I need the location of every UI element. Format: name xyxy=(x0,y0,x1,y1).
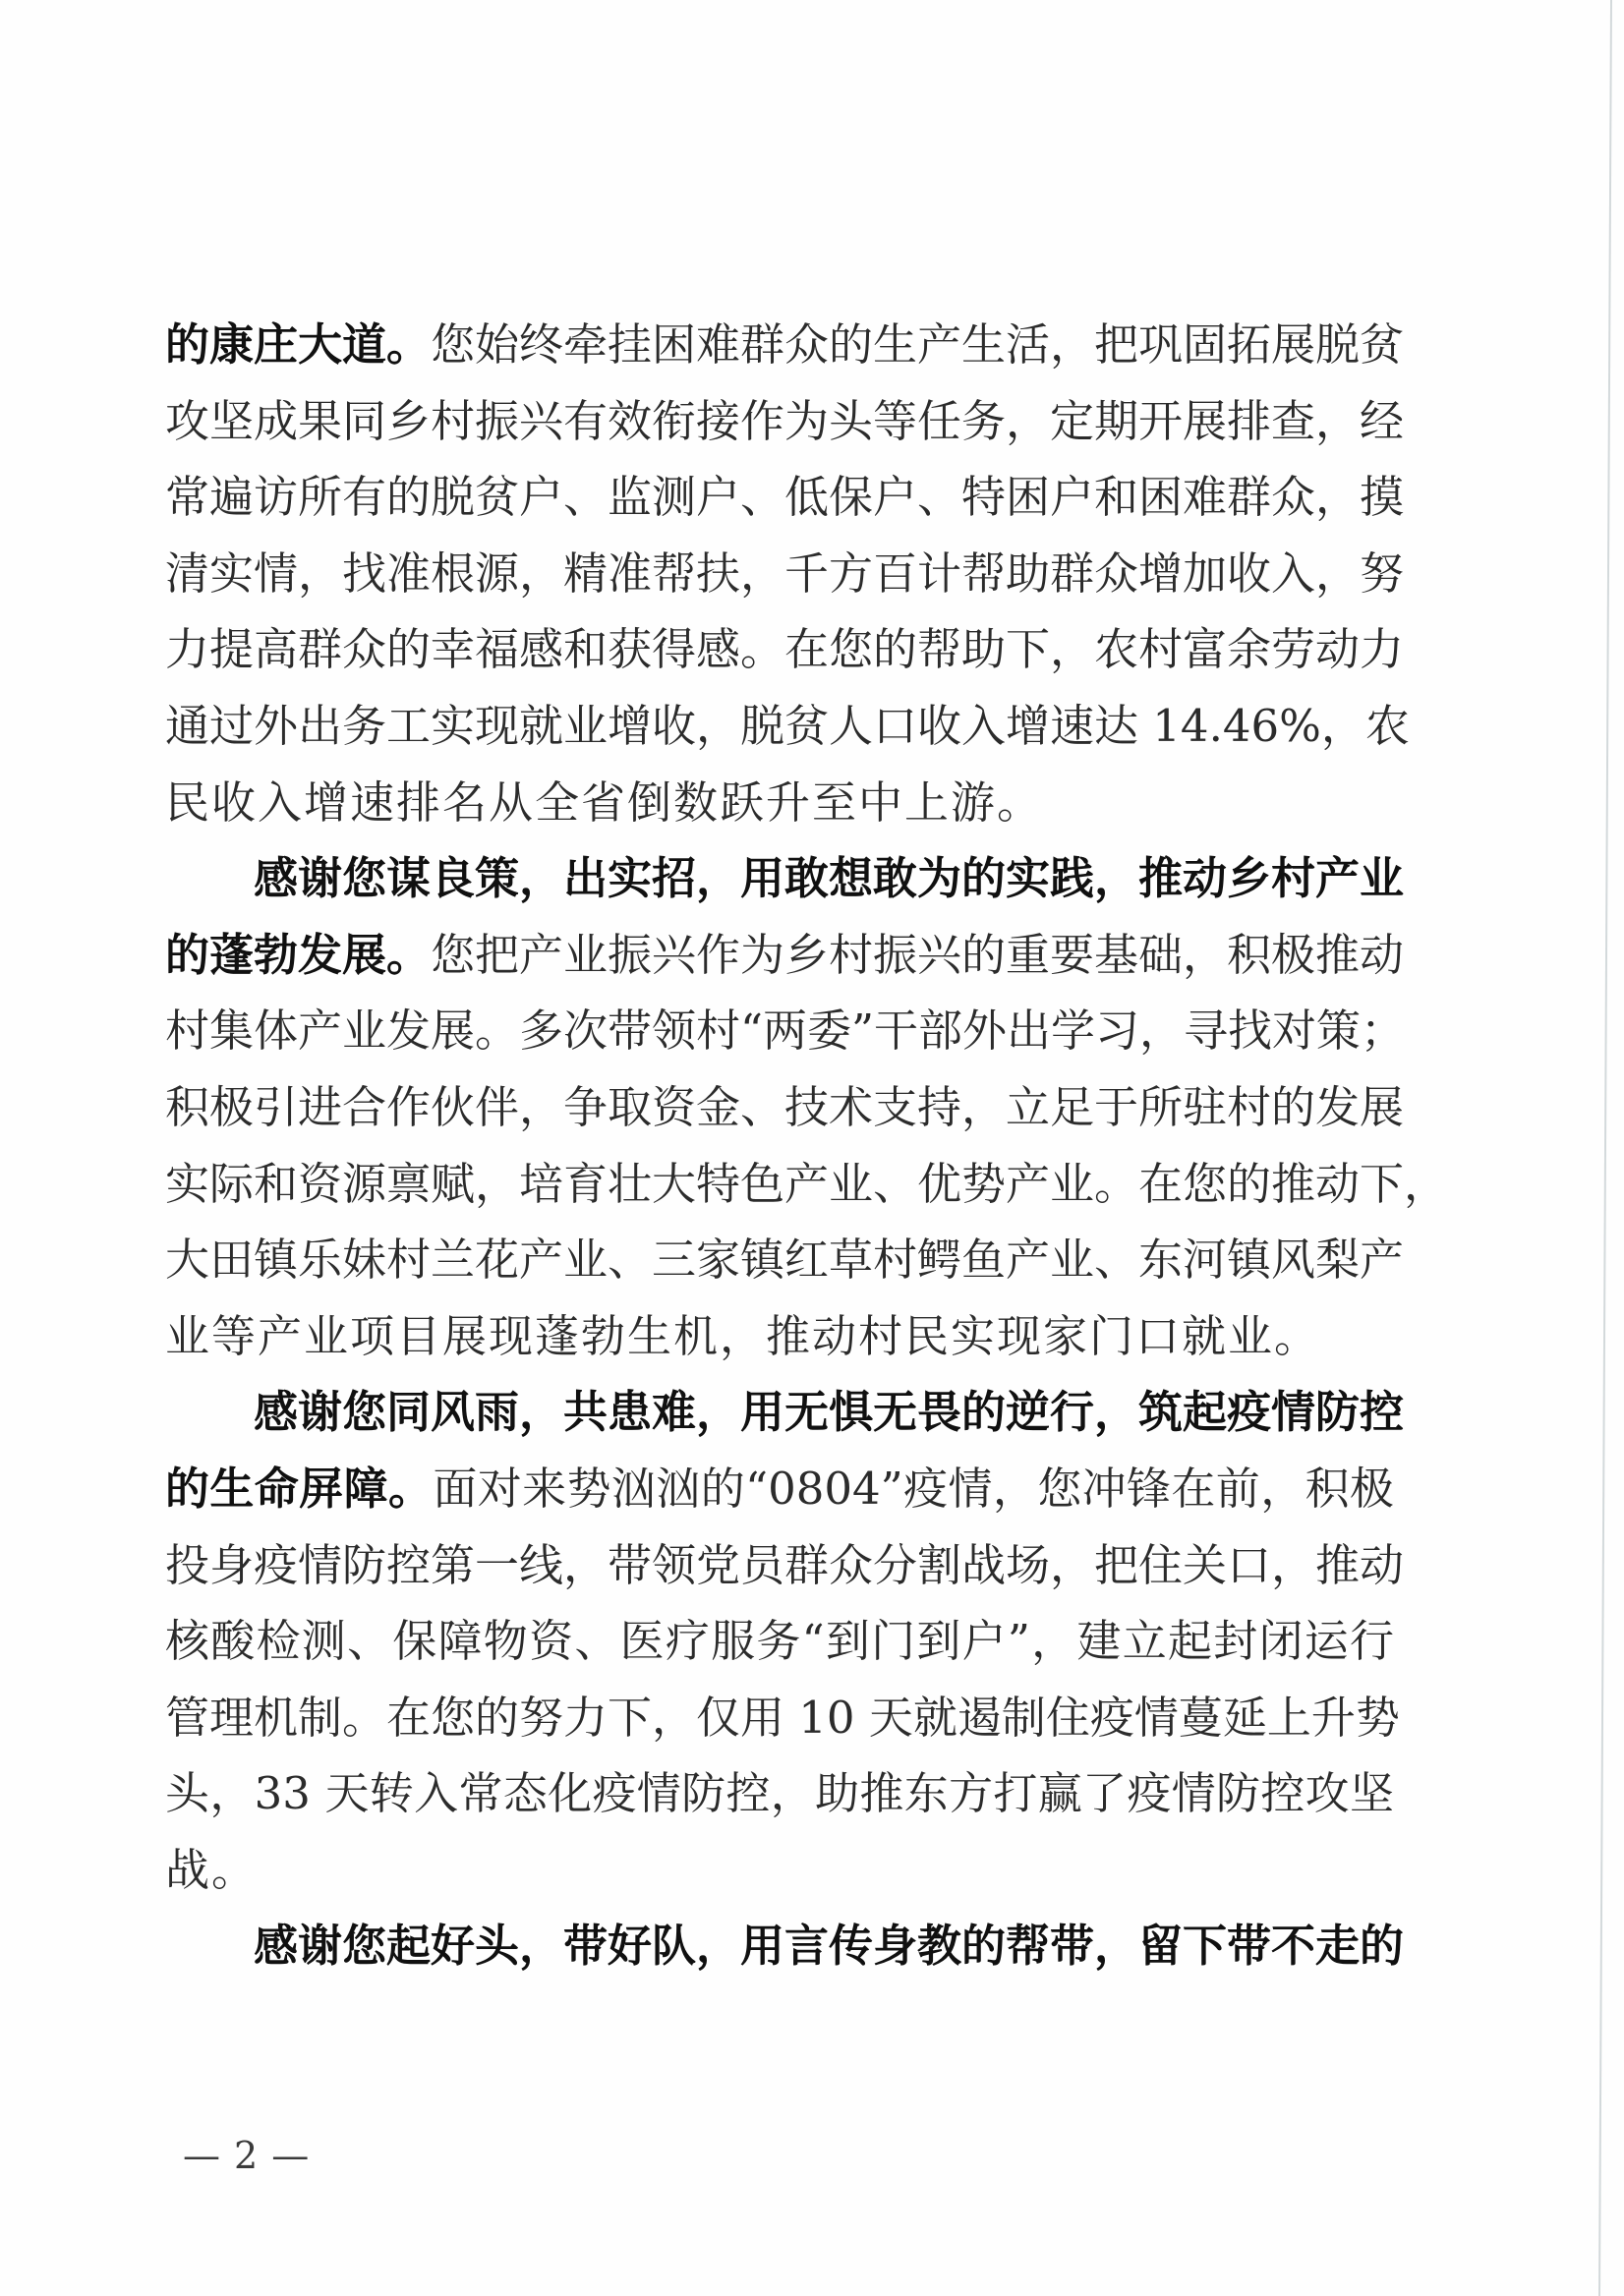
bold-lead-text: 感谢您同风雨，共患难，用无惧无畏的逆行，筑起疫情防控 xyxy=(254,1386,1404,1438)
body-text: 积极引进合作伙伴，争取资金、技术支持，立足于所驻村的发展 xyxy=(165,1081,1404,1133)
text-line: 的蓬勃发展。您把产业振兴作为乡村振兴的重要基础，积极推动 xyxy=(165,917,1394,994)
text-line: 攻坚成果同乡村振兴有效衔接作为头等任务，定期开展排查，经 xyxy=(165,383,1394,460)
text-line: 核酸检测、保障物资、医疗服务“到门到户”，建立起封闭运行 xyxy=(165,1603,1394,1680)
body-text: 民收入增速排名从全省倒数跃升至中上游。 xyxy=(165,776,1043,829)
text-line: 业等产业项目展现蓬勃生机，推动村民实现家门口就业。 xyxy=(165,1298,1394,1375)
page-footer: —2— xyxy=(183,2131,309,2180)
text-line: 战。 xyxy=(165,1832,1394,1909)
body-text: 大田镇乐妹村兰花产业、三家镇红草村鳄鱼产业、东河镇风梨产 xyxy=(165,1234,1404,1286)
text-line: 力提高群众的幸福感和获得感。在您的帮助下，农村富余劳动力 xyxy=(165,611,1394,688)
text-line: 感谢您同风雨，共患难，用无惧无畏的逆行，筑起疫情防控 xyxy=(165,1374,1394,1451)
text-line: 感谢您起好头，带好队，用言传身教的帮带，留下带不走的 xyxy=(165,1908,1394,1984)
text-line: 清实情，找准根源，精准帮扶，千方百计帮助群众增加收入，努 xyxy=(165,536,1394,612)
bold-lead-text: 感谢您谋良策，出实招，用敢想敢为的实践，推动乡村产业 xyxy=(254,852,1404,904)
body-text: 头，33 天转入常态化疫情防控，助推东方打赢了疫情防控攻坚 xyxy=(165,1767,1394,1819)
text-line: 村集体产业发展。多次带领村“两委”干部外出学习，寻找对策； xyxy=(165,993,1394,1069)
bold-lead-text: 感谢您起好头，带好队，用言传身教的帮带，留下带不走的 xyxy=(254,1920,1404,1972)
text-line: 的康庄大道。您始终牵挂困难群众的生产生活，把巩固拓展脱贫 xyxy=(165,307,1394,383)
text-line: 感谢您谋良策，出实招，用敢想敢为的实践，推动乡村产业 xyxy=(165,840,1394,917)
body-text: 核酸检测、保障物资、医疗服务“到门到户”，建立起封闭运行 xyxy=(165,1615,1394,1667)
body-text: 村集体产业发展。多次带领村“两委”干部外出学习，寻找对策； xyxy=(165,1004,1405,1057)
body-text: 面对来势汹汹的“0804”疫情，您冲锋在前，积极 xyxy=(433,1463,1394,1515)
text-line: 常遍访所有的脱贫户、监测户、低保户、特困户和困难群众，摸 xyxy=(165,459,1394,536)
document-page: 的康庄大道。您始终牵挂困难群众的生产生活，把巩固拓展脱贫 攻坚成果同乡村振兴有效… xyxy=(0,0,1624,2296)
footer-dash-left: — xyxy=(183,2134,220,2177)
text-line: 投身疫情防控第一线，带领党员群众分割战场，把住关口，推动 xyxy=(165,1527,1394,1604)
body-text: 战。 xyxy=(165,1844,258,1896)
footer-dash-right: — xyxy=(271,2134,309,2177)
text-line: 积极引进合作伙伴，争取资金、技术支持，立足于所驻村的发展 xyxy=(165,1069,1394,1146)
body-text: 实际和资源禀赋，培育壮大特色产业、优势产业。在您的推动下， xyxy=(165,1158,1448,1210)
bold-lead-text: 的生命屏障。 xyxy=(165,1463,433,1515)
text-line: 大田镇乐妹村兰花产业、三家镇红草村鳄鱼产业、东河镇风梨产 xyxy=(165,1222,1394,1298)
body-text: 通过外出务工实现就业增收，脱贫人口收入增速达 14.46%，农 xyxy=(165,700,1410,752)
body-text: 您把产业振兴作为乡村振兴的重要基础，积极推动 xyxy=(431,929,1404,981)
body-text: 攻坚成果同乡村振兴有效衔接作为头等任务，定期开展排查，经 xyxy=(165,395,1404,447)
letter-body: 的康庄大道。您始终牵挂困难群众的生产生活，把巩固拓展脱贫 攻坚成果同乡村振兴有效… xyxy=(165,307,1394,1984)
body-text: 管理机制。在您的努力下，仅用 10 天就遏制住疫情蔓延上升势 xyxy=(165,1692,1400,1744)
text-line: 的生命屏障。面对来势汹汹的“0804”疫情，您冲锋在前，积极 xyxy=(165,1451,1394,1527)
bold-lead-text: 的康庄大道。 xyxy=(165,318,431,371)
body-text: 您始终牵挂困难群众的生产生活，把巩固拓展脱贫 xyxy=(431,318,1404,371)
body-text: 常遍访所有的脱贫户、监测户、低保户、特困户和困难群众，摸 xyxy=(165,471,1404,523)
text-line: 管理机制。在您的努力下，仅用 10 天就遏制住疫情蔓延上升势 xyxy=(165,1680,1394,1756)
bold-lead-text: 的蓬勃发展。 xyxy=(165,929,431,981)
text-line: 民收入增速排名从全省倒数跃升至中上游。 xyxy=(165,765,1394,841)
body-text: 投身疫情防控第一线，带领党员群众分割战场，把住关口，推动 xyxy=(165,1539,1404,1591)
body-text: 力提高群众的幸福感和获得感。在您的帮助下，农村富余劳动力 xyxy=(165,623,1404,675)
body-text: 清实情，找准根源，精准帮扶，千方百计帮助群众增加收入，努 xyxy=(165,547,1404,600)
text-line: 实际和资源禀赋，培育壮大特色产业、优势产业。在您的推动下， xyxy=(165,1146,1394,1223)
page-number: 2 xyxy=(234,2134,258,2177)
text-line: 头，33 天转入常态化疫情防控，助推东方打赢了疫情防控攻坚 xyxy=(165,1755,1394,1832)
text-line: 通过外出务工实现就业增收，脱贫人口收入增速达 14.46%，农 xyxy=(165,688,1394,765)
body-text: 业等产业项目展现蓬勃生机，推动村民实现家门口就业。 xyxy=(165,1310,1320,1362)
